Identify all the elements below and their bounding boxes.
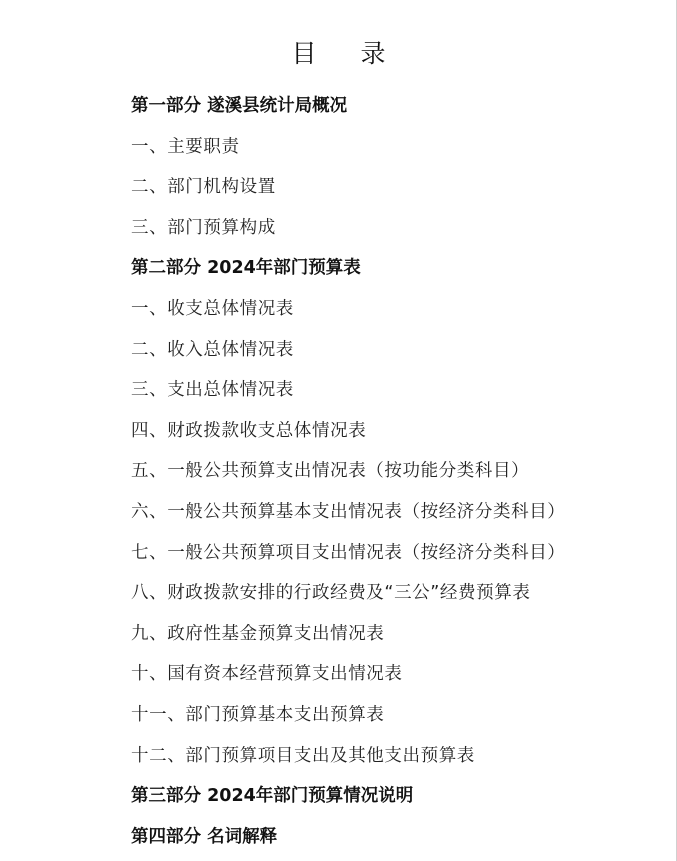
toc-part-3[interactable]: 第三部分 2024年部门预算情况说明 xyxy=(131,783,565,824)
toc-item-table-3[interactable]: 三、支出总体情况表 xyxy=(131,377,565,418)
toc-item-table-1[interactable]: 一、收支总体情况表 xyxy=(131,296,565,337)
toc-item-budget-composition[interactable]: 三、部门预算构成 xyxy=(131,215,565,256)
table-of-contents: 第一部分 遂溪县统计局概况 一、主要职责 二、部门机构设置 三、部门预算构成 第… xyxy=(131,93,565,861)
toc-title: 目 录 xyxy=(0,36,677,72)
toc-item-table-11[interactable]: 十一、部门预算基本支出预算表 xyxy=(131,702,565,743)
toc-item-table-10[interactable]: 十、国有资本经营预算支出情况表 xyxy=(131,661,565,702)
toc-item-table-8[interactable]: 八、财政拨款安排的行政经费及“三公”经费预算表 xyxy=(131,580,565,621)
toc-part-4[interactable]: 第四部分 名词解释 xyxy=(131,824,565,861)
toc-item-table-12[interactable]: 十二、部门预算项目支出及其他支出预算表 xyxy=(131,743,565,784)
toc-item-table-6[interactable]: 六、一般公共预算基本支出情况表（按经济分类科目） xyxy=(131,499,565,540)
document-page: 目 录 第一部分 遂溪县统计局概况 一、主要职责 二、部门机构设置 三、部门预算… xyxy=(0,0,676,861)
toc-item-table-7[interactable]: 七、一般公共预算项目支出情况表（按经济分类科目） xyxy=(131,540,565,581)
toc-item-table-2[interactable]: 二、收入总体情况表 xyxy=(131,337,565,378)
toc-item-table-9[interactable]: 九、政府性基金预算支出情况表 xyxy=(131,621,565,662)
toc-part-1[interactable]: 第一部分 遂溪县统计局概况 xyxy=(131,93,565,134)
toc-part-2[interactable]: 第二部分 2024年部门预算表 xyxy=(131,255,565,296)
toc-item-table-4[interactable]: 四、财政拨款收支总体情况表 xyxy=(131,418,565,459)
toc-item-main-duties[interactable]: 一、主要职责 xyxy=(131,134,565,175)
toc-item-organization[interactable]: 二、部门机构设置 xyxy=(131,174,565,215)
toc-item-table-5[interactable]: 五、一般公共预算支出情况表（按功能分类科目） xyxy=(131,458,565,499)
